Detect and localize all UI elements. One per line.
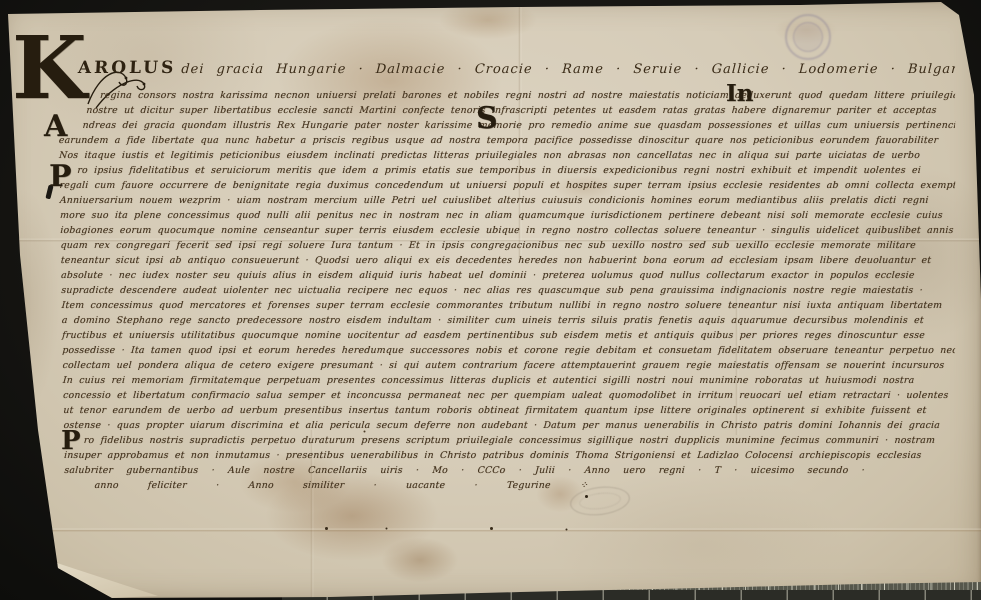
parchment-corner-flap (50, 556, 160, 600)
charter-line: salubriter gubernantibus · Aule nostre C… (57, 463, 955, 478)
charter-line: concessio et libertatum confirmacio salu… (57, 388, 955, 403)
initial-P-1: P (49, 162, 72, 192)
charter-line: In cuius rei memoriam firmitatemque perp… (57, 373, 955, 388)
charter-line: ro fidelibus nostris supradictis perpetu… (57, 433, 955, 448)
charter-line: insuper approbamus et non inmutamus · pr… (57, 448, 955, 463)
charter-line: regina consors nostra karissima necnon u… (57, 88, 955, 103)
photo-scene: 1234567891011121314 K AROLUS dei gracia … (0, 0, 981, 600)
charter-line: possedisse · Ita tamen quod ipsi et eoru… (57, 343, 955, 358)
opening-royal-title: dei gracia Hungarie · Dalmacie · Croacie… (181, 62, 956, 77)
charter-line: ro ipsius fidelitatibus et seruiciorum m… (57, 163, 955, 178)
initial-P-2: P (61, 428, 81, 454)
charter-line: earundem a fide libertate qua nunc habet… (57, 133, 955, 148)
charter-text: K AROLUS dei gracia Hungarie · Dalmacie … (58, 48, 955, 498)
initial-S: S (476, 104, 498, 134)
charter-line: absolute · nec iudex noster seu quiuis a… (57, 268, 955, 283)
charter-line: a domino Stephano rege sancto predecesso… (57, 313, 955, 328)
charter-line: regali cum fauore occurrere de benignita… (57, 178, 955, 193)
charter-line: ut tenor earundem de uerbo ad uerbum pre… (57, 403, 955, 418)
initial-In: In (726, 82, 753, 105)
initial-A: A (44, 112, 67, 142)
opening-word-caps: AROLUS (77, 58, 176, 78)
charter-line: fructibus et uniuersis utilitatibus quoc… (57, 328, 955, 343)
charter-line: more suo ita plene concessimus quod null… (57, 208, 955, 223)
charter-line: teneantur sicut ipsi ab antiquo consueue… (57, 253, 955, 268)
charter-opening-line: AROLUS dei gracia Hungarie · Dalmacie · … (57, 48, 956, 88)
charter-line: collectam uel pondera aliqua de cetero e… (57, 358, 955, 373)
charter-line: nostre ut dicitur super libertatibus ecc… (57, 103, 955, 118)
charter-line: ostense · quas propter uiarum discrimina… (57, 418, 955, 433)
charter-line: Nos itaque iustis et legitimis peticioni… (57, 148, 955, 163)
ink-specks (325, 527, 328, 530)
charter-line: Item concessimus quod mercatores et fore… (57, 298, 955, 313)
charter-line: quam rex congregari fecerit sed ipsi reg… (57, 238, 955, 253)
charter-line: anno feliciter · Anno similiter · uacant… (57, 478, 955, 493)
fold-crease-horizontal-2 (0, 528, 981, 532)
charter-line: iobagiones eorum quocumque nomine censea… (57, 223, 955, 238)
charter-body-lines: regina consors nostra karissima necnon u… (58, 88, 955, 493)
charter-line: Anniuersarium nouem wezprim · uiam nostr… (57, 193, 955, 208)
charter-line: ndreas dei gracia quondam illustris Rex … (57, 118, 955, 133)
charter-line: supradicte descendere audeat uiolenter n… (57, 283, 955, 298)
parchment-document: K AROLUS dei gracia Hungarie · Dalmacie … (0, 0, 981, 600)
